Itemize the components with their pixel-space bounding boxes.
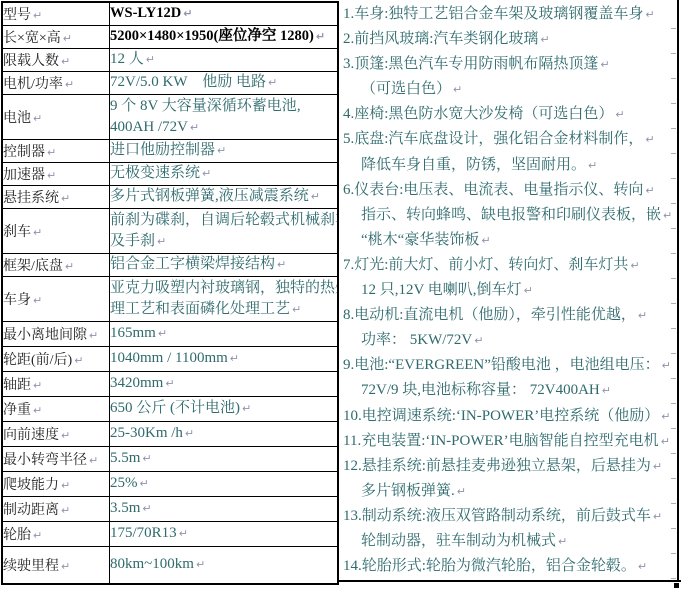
table-row: 向前速度↵25-30Km /h↵ (2, 421, 338, 446)
list-item-text: 13.制动系统:液压双管路制动系统，前后鼓式车 (343, 508, 651, 524)
table-row: 轮距(前/后)↵1040mm / 1100mm↵ (2, 346, 338, 371)
table-row: 电池↵9 个 8V 大容量深循环蓄电池,400AH /72V↵ (2, 94, 338, 139)
paragraph-mark: ↵ (217, 144, 226, 157)
spec-value-text: 165mm (110, 325, 156, 341)
paragraph-mark: ↵ (645, 133, 654, 146)
list-item-text: 12 只,12V 电喇叭,倒车灯 (361, 282, 522, 298)
spec-label: 长×宽×高↵ (2, 25, 110, 48)
feature-list: 1.车身:独特工艺铝合金车架及玻璃钢覆盖车身↵2.前挡风玻璃:汽车类钢化玻璃↵3… (343, 2, 675, 579)
list-item-line: 指示、转向蜂鸣、缺电报警和印刷仪表板，嵌↵ (343, 203, 675, 228)
list-item-text: 功率： 5KW/72V (361, 332, 472, 348)
paragraph-mark: ↵ (146, 53, 155, 66)
list-item-line: 7.灯光:前大灯、前小灯、转向灯、刹车灯共↵ (343, 253, 675, 278)
list-item-line: 13.制动系统:液压双管路制动系统，前后鼓式车↵ (343, 504, 675, 529)
paragraph-mark: ↵ (316, 30, 325, 43)
spec-label: 控制器↵ (2, 139, 110, 162)
spec-value-text: 12 人 (110, 51, 144, 67)
spec-label-text: 向前速度 (3, 428, 59, 443)
table-row: 悬挂系统↵多片式钢板弹簧,液压减震系统↵ (2, 185, 338, 208)
spec-label-text: 轮距(前/后) (3, 353, 72, 368)
spec-label-text: 悬挂系统 (3, 191, 59, 206)
spec-label: 电池↵ (2, 94, 110, 139)
list-item: 12.悬挂系统:前悬挂麦弗逊独立悬架，后悬挂为↵多片钢板弹簧.↵ (343, 454, 675, 504)
spec-value-text: 175/70R13 (110, 525, 177, 541)
paragraph-mark: ↵ (65, 260, 74, 273)
table-row: 净重↵650 公斤 (不计电池)↵ (2, 396, 338, 421)
spec-label-text: 控制器 (3, 145, 45, 160)
spec-value-line: 铝合金工字横梁焊接结构↵ (110, 254, 337, 275)
list-item: 14.轮胎形式:轮胎为微汽轮胎，铝合金轮毂。↵ (343, 554, 675, 579)
paragraph-mark: ↵ (277, 258, 286, 271)
list-item-line: 4.座椅:黑色防水宽大沙发椅（可选白色）↵ (343, 102, 675, 127)
list-item-line: 11.充电装置:‘IN-POWER’电脑智能自控型充电机↵ (343, 429, 675, 454)
paragraph-mark: ↵ (638, 560, 647, 573)
list-item-line: 5.底盘:汽车底盘设计，强化铝合金材料制作，↵ (343, 127, 675, 152)
table-row: 框架/底盘↵铝合金工字横梁焊接结构↵ (2, 253, 338, 276)
paragraph-mark: ↵ (645, 184, 654, 197)
spec-value-text: 25-30Km /h (110, 425, 183, 441)
list-item-text: 8.电动机:直流电机（他励），牵引性能优越， (343, 307, 636, 323)
spec-value: 165mm↵ (110, 321, 339, 346)
spec-value-text: 前刹为碟刹，自调后轮毂式机械刹车 (110, 212, 338, 228)
list-item-line: 降低车身自重，防锈，坚固耐用。↵ (343, 153, 675, 178)
spec-label-text: 电机/功率 (3, 77, 63, 92)
paragraph-mark: ↵ (600, 58, 609, 71)
spec-table: 型号↵WS-LY12D↵长×宽×高↵5200×1480×1950(座位净空 12… (1, 1, 339, 585)
list-item: 8.电动机:直流电机（他励），牵引性能优越，↵功率： 5KW/72V↵ (343, 303, 675, 353)
spec-label: 悬挂系统↵ (2, 185, 110, 208)
list-item-text: 降低车身自重，防锈，坚固耐用。 (361, 157, 586, 173)
paragraph-mark: ↵ (47, 146, 56, 159)
list-item-text: 72V/9 块,电池标称容量： 72V400AH (361, 382, 600, 398)
spec-label: 最小离地间隙↵ (2, 321, 110, 346)
paragraph-mark: ↵ (140, 477, 149, 490)
list-item-text: 2.前挡风玻璃:汽车类钢化玻璃 (343, 31, 538, 47)
spec-value-line: 400AH /72V↵ (110, 117, 337, 138)
spec-value-text: 3.5m (110, 500, 140, 516)
paragraph-mark: ↵ (653, 460, 662, 473)
spec-label-text: 刹车 (3, 225, 31, 240)
table-corner-handle (674, 583, 679, 588)
spec-value-text: 亚克力吸塑内衬玻璃钢，独特的热处 (110, 280, 338, 296)
list-item-text: 轮制动器，驻车制动为机械式 (361, 533, 556, 549)
spec-value: WS-LY12D↵ (110, 2, 339, 25)
spec-value-line: 前刹为碟刹，自调后轮毂式机械刹车 (110, 210, 337, 231)
spec-value-text: 72V/5.0 KW 他励 电路 (110, 74, 266, 90)
spec-value-text: 5200×1480×1950(座位净空 1280) (110, 28, 314, 44)
spec-label: 制动距离↵ (2, 496, 110, 521)
list-item-line: 10.电控调速系统:‘IN-POWER’电控系统（他励）↵ (343, 404, 675, 429)
spec-label-text: 车身 (3, 293, 31, 308)
table-row: 最小离地间隙↵165mm↵ (2, 321, 338, 346)
paragraph-mark: ↵ (558, 535, 567, 548)
spec-value-text: 理工艺和表面磷化处理工艺 (110, 301, 290, 317)
paragraph-mark: ↵ (653, 510, 662, 523)
spec-value: 72V/5.0 KW 他励 电路↵ (110, 71, 339, 94)
paragraph-mark: ↵ (615, 108, 624, 121)
spec-value-line: 进口他励控制器↵ (110, 140, 337, 161)
spec-value-text: 及手刹 (110, 233, 155, 249)
paragraph-mark: ↵ (61, 55, 70, 68)
list-item-line: （可选白色）↵ (343, 77, 675, 102)
list-item-text: 6.仪表台:电压表、电流表、电量指示仪、转向 (343, 182, 643, 198)
spec-label: 刹车↵ (2, 208, 110, 253)
spec-label-text: 制动距离 (3, 503, 59, 518)
spec-label-text: 轴距 (3, 378, 31, 393)
paragraph-mark: ↵ (89, 329, 98, 342)
spec-value-text: 400AH /72V (110, 119, 188, 135)
spec-label: 电机/功率↵ (2, 71, 110, 94)
spec-value: 12 人↵ (110, 48, 339, 71)
list-item-text: 指示、转向蜂鸣、缺电报警和印刷仪表板，嵌 (361, 207, 661, 223)
spec-value: 前刹为碟刹，自调后轮毂式机械刹车及手刹↵ (110, 208, 339, 253)
list-item-text: （可选白色） (361, 81, 451, 97)
paragraph-mark: ↵ (474, 334, 483, 347)
spec-label: 加速器↵ (2, 162, 110, 185)
paragraph-mark: ↵ (183, 7, 192, 20)
list-item: 2.前挡风玻璃:汽车类钢化玻璃↵ (343, 27, 675, 52)
paragraph-mark: ↵ (645, 8, 654, 21)
list-item-line: 8.电动机:直流电机（他励），牵引性能优越，↵ (343, 303, 675, 328)
spec-value: 无极变速系统↵ (110, 162, 339, 185)
table-row: 最小转弯半径↵5.5m↵ (2, 446, 338, 471)
spec-label: 轮胎↵ (2, 521, 110, 546)
paragraph-mark: ↵ (33, 9, 42, 22)
paragraph-mark: ↵ (165, 377, 174, 390)
outer-bottom-border (339, 580, 681, 582)
paragraph-mark: ↵ (142, 452, 151, 465)
list-item: 7.灯光:前大灯、前小灯、转向灯、刹车灯共↵12 只,12V 电喇叭,倒车灯↵ (343, 253, 675, 303)
spec-value-line: 理工艺和表面磷化处理工艺↵ (110, 299, 337, 320)
paragraph-mark: ↵ (63, 32, 72, 45)
table-row: 续驶里程↵80km~100km↵ (2, 546, 338, 584)
spec-label: 轴距↵ (2, 371, 110, 396)
table-row: 轴距↵3420mm↵ (2, 371, 338, 396)
table-row: 车身↵亚克力吸塑内衬玻璃钢，独特的热处理工艺和表面磷化处理工艺↵ (2, 276, 338, 321)
spec-label-text: 爬坡能力 (3, 478, 59, 493)
outer-right-border (677, 0, 679, 581)
list-item: 5.底盘:汽车底盘设计，强化铝合金材料制作，↵降低车身自重，防锈，坚固耐用。↵ (343, 127, 675, 177)
spec-value-line: 80km~100km↵ (110, 554, 337, 575)
spec-value-text: 25% (110, 475, 138, 491)
paragraph-mark: ↵ (157, 235, 166, 248)
paragraph-mark: ↵ (602, 384, 611, 397)
spec-value-text: 3420mm (110, 375, 163, 391)
list-item-text: “桃木“豪华装饰板 (361, 232, 479, 248)
spec-value-text: 80km~100km (110, 556, 194, 572)
spec-value-text: WS-LY12D (110, 5, 181, 21)
spec-value: 25%↵ (110, 471, 339, 496)
paragraph-mark: ↵ (638, 309, 647, 322)
spec-value-text: 650 公斤 (不计电池) (110, 400, 240, 416)
spec-value: 9 个 8V 大容量深循环蓄电池,400AH /72V↵ (110, 94, 339, 139)
spec-value-text: 5.5m (110, 450, 140, 466)
spec-value-text: 1040mm / 1100mm (110, 350, 228, 366)
table-row: 控制器↵进口他励控制器↵ (2, 139, 338, 162)
paragraph-mark: ↵ (33, 379, 42, 392)
spec-value-line: 25%↵ (110, 473, 337, 494)
spec-label-text: 最小转弯半径 (3, 453, 87, 468)
list-item: 3.顶篷:黑色汽车专用防雨帆布隔热顶篷↵（可选白色）↵ (343, 52, 675, 102)
list-item: 1.车身:独特工艺铝合金车架及玻璃钢覆盖车身↵ (343, 2, 675, 27)
spec-label-text: 轮胎 (3, 528, 31, 543)
spec-value-line: 多片式钢板弹簧,液压减震系统↵ (110, 186, 337, 207)
spec-value: 25-30Km /h↵ (110, 421, 339, 446)
list-item-text: 12.悬挂系统:前悬挂麦弗逊独立悬架，后悬挂为 (343, 458, 651, 474)
table-row: 电机/功率↵72V/5.0 KW 他励 电路↵ (2, 71, 338, 94)
list-item-text: 11.充电装置:‘IN-POWER’电脑智能自控型充电机 (343, 433, 659, 449)
spec-value-line: 3420mm↵ (110, 373, 337, 394)
spec-value: 多片式钢板弹簧,液压减震系统↵ (110, 185, 339, 208)
spec-label-text: 框架/底盘 (3, 259, 63, 274)
paragraph-mark: ↵ (481, 234, 490, 247)
list-item-line: 12 只,12V 电喇叭,倒车灯↵ (343, 278, 675, 303)
spec-label: 型号↵ (2, 2, 110, 25)
spec-value-line: 25-30Km /h↵ (110, 423, 337, 444)
spec-value: 进口他励控制器↵ (110, 139, 339, 162)
spec-label-text: 限载人数 (3, 54, 59, 69)
spec-value-line: 9 个 8V 大容量深循环蓄电池, (110, 96, 337, 117)
list-item-text: 14.轮胎形式:轮胎为微汽轮胎，铝合金轮毂。 (343, 558, 636, 574)
spec-label-text: 续驶里程 (3, 559, 59, 574)
spec-label-text: 型号 (3, 8, 31, 23)
spec-value-line: 5.5m↵ (110, 448, 337, 469)
list-item-line: “桃木“豪华装饰板↵ (343, 228, 675, 253)
list-item-line: 72V/9 块,电池标称容量： 72V400AH↵ (343, 378, 675, 403)
list-item-line: 功率： 5KW/72V↵ (343, 328, 675, 353)
spec-label: 净重↵ (2, 396, 110, 421)
paragraph-mark: ↵ (230, 352, 239, 365)
gridline-stubs (671, 4, 676, 580)
spec-label: 向前速度↵ (2, 421, 110, 446)
paragraph-mark: ↵ (61, 429, 70, 442)
paragraph-mark: ↵ (179, 527, 188, 540)
spec-label-text: 加速器 (3, 168, 45, 183)
list-item-line: 轮制动器，驻车制动为机械式↵ (343, 529, 675, 554)
list-item-text: 10.电控调速系统:‘IN-POWER’电控系统（他励） (343, 408, 659, 424)
spec-value-text: 多片式钢板弹簧,液压减震系统 (110, 188, 309, 204)
paragraph-mark: ↵ (61, 560, 70, 573)
paragraph-mark: ↵ (47, 169, 56, 182)
spec-value: 3.5m↵ (110, 496, 339, 521)
spec-value-text: 9 个 8V 大容量深循环蓄电池, (110, 98, 301, 114)
spec-label: 爬坡能力↵ (2, 471, 110, 496)
list-item: 13.制动系统:液压双管路制动系统，前后鼓式车↵轮制动器，驻车制动为机械式↵ (343, 504, 675, 554)
list-item: 6.仪表台:电压表、电流表、电量指示仪、转向↵指示、转向蜂鸣、缺电报警和印刷仪表… (343, 178, 675, 253)
paragraph-mark: ↵ (661, 435, 670, 448)
paragraph-mark: ↵ (65, 78, 74, 91)
spec-label: 轮距(前/后)↵ (2, 346, 110, 371)
list-item-text: 9.电池:“EVERGREEN”铅酸电池 ，电池组电压： (343, 357, 660, 373)
spec-value-line: 72V/5.0 KW 他励 电路↵ (110, 72, 337, 93)
spec-label-text: 长×宽×高 (3, 31, 61, 46)
paragraph-mark: ↵ (158, 327, 167, 340)
list-item: 10.电控调速系统:‘IN-POWER’电控系统（他励）↵ (343, 404, 675, 429)
paragraph-mark: ↵ (196, 558, 205, 571)
list-item-line: 9.电池:“EVERGREEN”铅酸电池 ，电池组电压：↵ (343, 353, 675, 378)
paragraph-mark: ↵ (61, 192, 70, 205)
spec-label: 最小转弯半径↵ (2, 446, 110, 471)
spec-value-line: 亚克力吸塑内衬玻璃钢，独特的热处 (110, 278, 337, 299)
paragraph-mark: ↵ (630, 259, 639, 272)
spec-value-line: 5200×1480×1950(座位净空 1280)↵ (110, 26, 337, 47)
table-row: 刹车↵前刹为碟刹，自调后轮毂式机械刹车及手刹↵ (2, 208, 338, 253)
paragraph-mark: ↵ (311, 190, 320, 203)
paragraph-mark: ↵ (33, 226, 42, 239)
list-item-text: 5.底盘:汽车底盘设计，强化铝合金材料制作， (343, 131, 643, 147)
list-item-line: 6.仪表台:电压表、电流表、电量指示仪、转向↵ (343, 178, 675, 203)
spec-value-line: 及手刹↵ (110, 231, 337, 252)
spec-label: 车身↵ (2, 276, 110, 321)
paragraph-mark: ↵ (242, 402, 251, 415)
spec-value: 5.5m↵ (110, 446, 339, 471)
table-row: 爬坡能力↵25%↵ (2, 471, 338, 496)
table-row: 型号↵WS-LY12D↵ (2, 2, 338, 25)
paragraph-mark: ↵ (292, 303, 301, 316)
table-row: 加速器↵无极变速系统↵ (2, 162, 338, 185)
spec-value-line: 3.5m↵ (110, 498, 337, 519)
paragraph-mark: ↵ (33, 294, 42, 307)
list-item: 11.充电装置:‘IN-POWER’电脑智能自控型充电机↵ (343, 429, 675, 454)
paragraph-mark: ↵ (268, 76, 277, 89)
spec-value-line: 无极变速系统↵ (110, 163, 337, 184)
spec-label: 框架/底盘↵ (2, 253, 110, 276)
spec-value-line: WS-LY12D↵ (110, 3, 337, 24)
list-item-text: 7.灯光:前大灯、前小灯、转向灯、刹车灯共 (343, 257, 628, 273)
paragraph-mark: ↵ (61, 504, 70, 517)
paragraph-mark: ↵ (190, 121, 199, 134)
spec-value: 1040mm / 1100mm↵ (110, 346, 339, 371)
spec-value-line: 165mm↵ (110, 323, 337, 344)
spec-label: 限载人数↵ (2, 48, 110, 71)
table-row: 轮胎↵175/70R13↵ (2, 521, 338, 546)
paragraph-mark: ↵ (662, 359, 671, 372)
list-item-text: 1.车身:独特工艺铝合金车架及玻璃钢覆盖车身 (343, 6, 643, 22)
spec-value-text: 无极变速系统 (110, 165, 200, 181)
spec-label-text: 最小离地间隙 (3, 328, 87, 343)
spec-value: 5200×1480×1950(座位净空 1280)↵ (110, 25, 339, 48)
list-item-line: 14.轮胎形式:轮胎为微汽轮胎，铝合金轮毂。↵ (343, 554, 675, 579)
spec-value: 80km~100km↵ (110, 546, 339, 584)
list-item-text: 3.顶篷:黑色汽车专用防雨帆布隔热顶篷 (343, 56, 598, 72)
paragraph-mark: ↵ (61, 479, 70, 492)
spec-label-text: 电池 (3, 111, 31, 126)
table-row: 限载人数↵12 人↵ (2, 48, 338, 71)
spec-value: 3420mm↵ (110, 371, 339, 396)
spec-value: 铝合金工字横梁焊接结构↵ (110, 253, 339, 276)
list-item-text: 多片钢板弹簧. (361, 483, 455, 499)
spec-value: 亚克力吸塑内衬玻璃钢，独特的热处理工艺和表面磷化处理工艺↵ (110, 276, 339, 321)
list-item: 4.座椅:黑色防水宽大沙发椅（可选白色）↵ (343, 102, 675, 127)
spec-value: 650 公斤 (不计电池)↵ (110, 396, 339, 421)
spec-label-text: 净重 (3, 403, 31, 418)
table-row: 制动距离↵3.5m↵ (2, 496, 338, 521)
paragraph-mark: ↵ (74, 354, 83, 367)
spec-value-line: 1040mm / 1100mm↵ (110, 348, 337, 369)
paragraph-mark: ↵ (453, 83, 462, 96)
spec-value-text: 进口他励控制器 (110, 142, 215, 158)
table-row: 长×宽×高↵5200×1480×1950(座位净空 1280)↵ (2, 25, 338, 48)
spec-value-line: 175/70R13↵ (110, 523, 337, 544)
list-item-line: 3.顶篷:黑色汽车专用防雨帆布隔热顶篷↵ (343, 52, 675, 77)
paragraph-mark: ↵ (33, 404, 42, 417)
paragraph-mark: ↵ (33, 529, 42, 542)
paragraph-mark: ↵ (661, 410, 670, 423)
paragraph-mark: ↵ (185, 427, 194, 440)
paragraph-mark: ↵ (588, 159, 597, 172)
paragraph-mark: ↵ (142, 502, 151, 515)
paragraph-mark: ↵ (202, 167, 211, 180)
list-item: 9.电池:“EVERGREEN”铅酸电池 ，电池组电压：↵72V/9 块,电池标… (343, 353, 675, 403)
list-item-line: 12.悬挂系统:前悬挂麦弗逊独立悬架，后悬挂为↵ (343, 454, 675, 479)
paragraph-mark: ↵ (540, 33, 549, 46)
list-item-line: 多片钢板弹簧.↵ (343, 479, 675, 504)
page: 型号↵WS-LY12D↵长×宽×高↵5200×1480×1950(座位净空 12… (0, 0, 681, 589)
spec-value: 175/70R13↵ (110, 521, 339, 546)
paragraph-mark: ↵ (457, 485, 466, 498)
paragraph-mark: ↵ (89, 454, 98, 467)
paragraph-mark: ↵ (33, 112, 42, 125)
list-item-line: 2.前挡风玻璃:汽车类钢化玻璃↵ (343, 27, 675, 52)
spec-label: 续驶里程↵ (2, 546, 110, 584)
spec-value-text: 铝合金工字横梁焊接结构 (110, 256, 275, 272)
spec-value-line: 12 人↵ (110, 49, 337, 70)
paragraph-mark: ↵ (524, 284, 533, 297)
list-item-line: 1.车身:独特工艺铝合金车架及玻璃钢覆盖车身↵ (343, 2, 675, 27)
list-item-text: 4.座椅:黑色防水宽大沙发椅（可选白色） (343, 106, 613, 122)
spec-value-line: 650 公斤 (不计电池)↵ (110, 398, 337, 419)
